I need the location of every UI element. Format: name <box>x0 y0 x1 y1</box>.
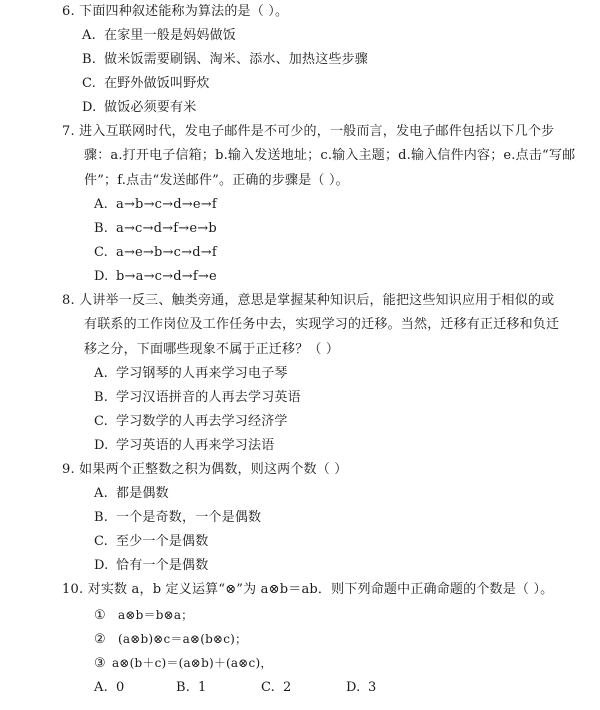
question-10-proposition-2: ②(a⊗b)⊗c＝a⊗(b⊗c)； <box>94 627 247 651</box>
question-7-option-d: D.b→a→c→d→f→e <box>94 265 217 289</box>
question-8-option-a: A.学习钢琴的人再来学习电子琴 <box>94 362 288 386</box>
proposition-text: a⊗(b＋c)＝(a⊗b)＋(a⊗c)， <box>112 656 273 670</box>
question-6-option-c: C.在野外做饭叫野炊 <box>82 72 210 96</box>
question-7-option-c: C.a→e→b→c→d→f <box>94 241 217 265</box>
question-7-stem: 7. 进入互联网时代，发电子邮件是不可少的，一般而言，发电子邮件包括以下几个步 <box>62 120 554 144</box>
option-letter: B. <box>94 386 116 410</box>
option-text: 恰有一个是偶数 <box>116 558 208 573</box>
question-text: 人讲举一反三、触类旁通，意思是掌握某种知识后，能把这些知识应用于相似的或 <box>79 293 554 308</box>
proposition-text: (a⊗b)⊗c＝a⊗(b⊗c)； <box>118 632 247 646</box>
question-10-option-d: D.3 <box>346 676 376 700</box>
question-6-option-b: B.做米饭需要刷锅、淘米、添水、加热这些步骤 <box>82 48 368 72</box>
question-8-option-c: C.学习数学的人再去学习经济学 <box>94 410 288 434</box>
option-letter: B. <box>94 506 116 530</box>
option-letter: A. <box>94 362 116 386</box>
option-text: 在家里一般是妈妈做饭 <box>104 28 236 43</box>
option-text: 学习钢琴的人再来学习电子琴 <box>116 366 288 381</box>
question-9-option-a: A.都是偶数 <box>94 482 169 506</box>
option-text: 至少一个是偶数 <box>116 534 208 549</box>
option-letter: A. <box>82 24 104 48</box>
option-letter: D. <box>94 554 116 578</box>
option-letter: C. <box>261 676 283 700</box>
option-letter: D. <box>82 96 104 120</box>
option-letter: C. <box>82 72 104 96</box>
question-7-option-b: B.a→c→d→f→e→b <box>94 217 217 241</box>
question-10-option-a: A.0 <box>94 676 124 700</box>
proposition-marker: ② <box>94 628 118 652</box>
question-8-stem-line-2: 有联系的工作岗位及工作任务中去，实现学习的迁移。当然，迁移有正迁移和负迁 <box>84 313 559 337</box>
question-7-option-a: A.a→b→c→d→e→f <box>94 193 217 217</box>
exam-page: 6. 下面四种叙述能称为算法的是（ ）。 A.在家里一般是妈妈做饭 B.做米饭需… <box>0 0 600 710</box>
option-letter: D. <box>94 434 116 458</box>
option-text: a→b→c→d→e→f <box>116 197 217 212</box>
question-10-proposition-3: ③a⊗(b＋c)＝(a⊗b)＋(a⊗c)， <box>94 651 273 675</box>
question-text: 移之分，下面哪些现象不属于正迁移？（ ） <box>84 342 339 357</box>
question-6-option-a: A.在家里一般是妈妈做饭 <box>82 24 236 48</box>
proposition-marker: ③ <box>94 652 112 676</box>
option-text: 都是偶数 <box>116 486 169 501</box>
option-text: a→c→d→f→e→b <box>116 221 217 236</box>
option-letter: C. <box>94 410 116 434</box>
question-8-option-d: D.学习英语的人再来学习法语 <box>94 434 274 458</box>
option-letter: A. <box>94 676 116 700</box>
option-letter: B. <box>82 48 104 72</box>
question-8-stem-line-3: 移之分，下面哪些现象不属于正迁移？（ ） <box>84 338 339 362</box>
question-text: 件”；f.点击“发送邮件”。正确的步骤是（ ）。 <box>84 173 349 188</box>
option-letter: C. <box>94 530 116 554</box>
option-text: a→e→b→c→d→f <box>116 245 217 260</box>
question-9-stem: 9. 如果两个正整数之积为偶数，则这两个数（ ） <box>62 458 348 482</box>
question-9-option-c: C.至少一个是偶数 <box>94 530 208 554</box>
question-number: 8. <box>62 289 75 313</box>
option-text: 0 <box>116 680 124 695</box>
question-7-stem-line-2: 骤：a.打开电子信箱；b.输入发送地址；c.输入主题；d.输入信件内容；e.点击… <box>84 144 575 168</box>
question-7-stem-line-3: 件”；f.点击“发送邮件”。正确的步骤是（ ）。 <box>84 169 349 193</box>
option-text: 学习汉语拼音的人再去学习英语 <box>116 390 301 405</box>
proposition-marker: ① <box>94 604 118 628</box>
option-text: 一个是奇数，一个是偶数 <box>116 510 261 525</box>
option-letter: A. <box>94 482 116 506</box>
question-text: 有联系的工作岗位及工作任务中去，实现学习的迁移。当然，迁移有正迁移和负迁 <box>84 317 559 332</box>
option-letter: B. <box>94 217 116 241</box>
question-number: 6. <box>62 0 75 24</box>
proposition-text: a⊗b＝b⊗a； <box>118 608 193 622</box>
option-text: 1 <box>198 680 206 695</box>
option-letter: D. <box>94 265 116 289</box>
question-number: 7. <box>62 120 75 144</box>
question-10-option-c: C.2 <box>261 676 291 700</box>
option-text: b→a→c→d→f→e <box>116 269 217 284</box>
question-10-proposition-1: ①a⊗b＝b⊗a； <box>94 603 193 627</box>
question-text: 进入互联网时代，发电子邮件是不可少的，一般而言，发电子邮件包括以下几个步 <box>79 124 554 139</box>
question-10-option-b: B.1 <box>176 676 206 700</box>
question-8-option-b: B.学习汉语拼音的人再去学习英语 <box>94 386 301 410</box>
option-text: 做饭必须要有米 <box>104 100 196 115</box>
question-10-options: A.0 B.1 C.2 D.3 <box>94 676 594 700</box>
question-text: 骤：a.打开电子信箱；b.输入发送地址；c.输入主题；d.输入信件内容；e.点击… <box>84 148 575 163</box>
question-number: 9. <box>62 458 75 482</box>
option-text: 在野外做饭叫野炊 <box>104 76 210 91</box>
option-text: 做米饭需要刷锅、淘米、添水、加热这些步骤 <box>104 52 368 67</box>
question-9-option-b: B.一个是奇数，一个是偶数 <box>94 506 261 530</box>
question-number: 10. <box>62 578 83 602</box>
option-letter: C. <box>94 241 116 265</box>
option-text: 2 <box>283 680 291 695</box>
option-text: 学习英语的人再来学习法语 <box>116 438 274 453</box>
option-text: 3 <box>368 680 376 695</box>
question-text: 如果两个正整数之积为偶数，则这两个数（ ） <box>79 462 347 477</box>
option-text: 学习数学的人再去学习经济学 <box>116 414 288 429</box>
option-letter: B. <box>176 676 198 700</box>
option-letter: A. <box>94 193 116 217</box>
question-6-stem: 6. 下面四种叙述能称为算法的是（ ）。 <box>62 0 288 24</box>
question-text: 对实数 a，b 定义运算“⊗”为 a⊗b＝ab．则下列命题中正确命题的个数是（ … <box>88 582 554 597</box>
question-10-stem: 10. 对实数 a，b 定义运算“⊗”为 a⊗b＝ab．则下列命题中正确命题的个… <box>62 578 553 602</box>
question-6-option-d: D.做饭必须要有米 <box>82 96 196 120</box>
question-8-stem: 8. 人讲举一反三、触类旁通，意思是掌握某种知识后，能把这些知识应用于相似的或 <box>62 289 554 313</box>
question-9-option-d: D.恰有一个是偶数 <box>94 554 208 578</box>
option-letter: D. <box>346 676 368 700</box>
question-text: 下面四种叙述能称为算法的是（ ）。 <box>79 4 288 19</box>
